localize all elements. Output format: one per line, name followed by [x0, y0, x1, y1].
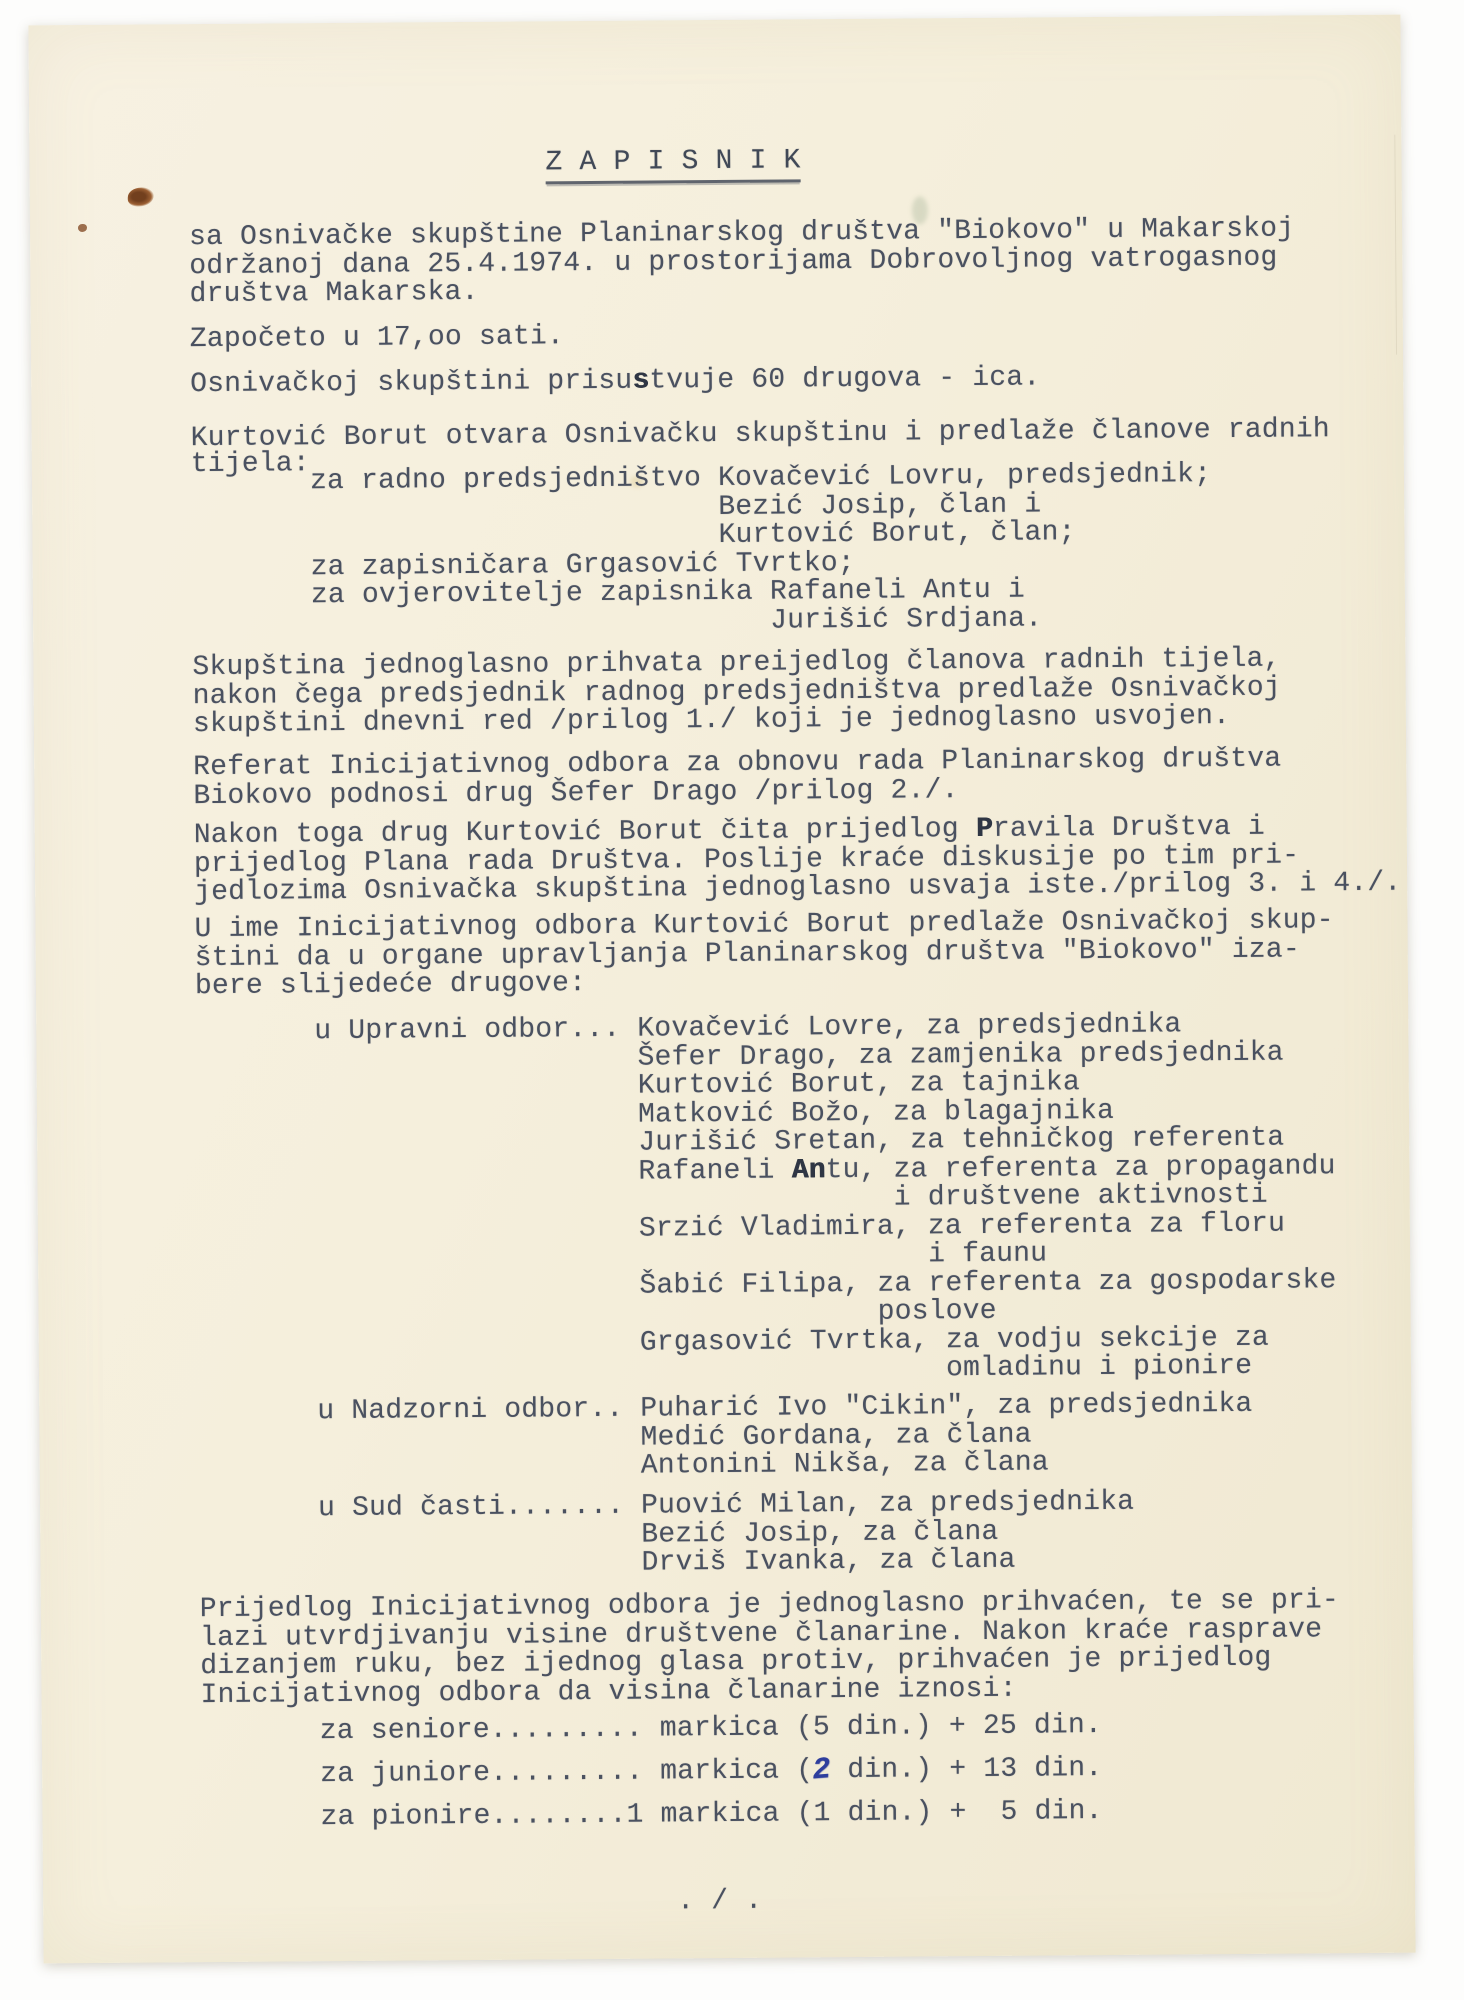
paragraph-referat: Referat Inicijativnog odbora za obnovu r… [193, 746, 1282, 812]
line-attendance: Osnivačkoj skupštini prisustvuje 60 drug… [190, 364, 1040, 399]
text-line: jedlozima Osnivačka skupština jednoglasn… [194, 870, 1401, 908]
text-line: Osnivačkoj skupštini prisustvuje 60 drug… [190, 364, 1040, 399]
text-segment: tvuje 60 drugova - ica. [649, 362, 1040, 396]
list-nadzorni-odbor: u Nadzorni odbor.. Puharić Ivo "Cikin", … [198, 1391, 1253, 1485]
list-upravni-odbor: u Upravni odbor... Kovačević Lovre, za p… [195, 1010, 1337, 1389]
line-fee-pionir: za pionire........1 markica (1 din.) + 5… [201, 1798, 1102, 1834]
paper-crease [1394, 135, 1397, 355]
stain-brown-large [128, 187, 154, 206]
text-line: Jurišić Srdjana. [192, 604, 1212, 641]
overstruck-char: An [791, 1155, 825, 1186]
list-sud-casti: u Sud časti....... Puović Milan, za pred… [199, 1489, 1135, 1582]
overstruck-char: P [976, 814, 993, 845]
text-line: za pionire........1 markica (1 din.) + 5… [201, 1798, 1102, 1834]
text-line: Inicijativnog odbora da visina članarine… [200, 1673, 1339, 1710]
text-segment: din.) + 13 din. [830, 1753, 1102, 1786]
document-title-text: Z A P I S N I K [545, 145, 800, 184]
text-segment: Osnivačkoj skupštini prisu [190, 366, 632, 400]
paragraph-membership-fee: Prijedlog Inicijativnog odbora je jednog… [200, 1587, 1340, 1710]
text-line: bere slijedeće drugove: [195, 964, 1334, 1001]
text-line: Drviš Ivanka, za člana [199, 1546, 1134, 1582]
paragraph-agenda-adopted: Skupština jednoglasno prihvata preijedlo… [192, 646, 1281, 740]
text-line: društva Makarska. [189, 272, 1294, 309]
paragraph-rules-adopted: Nakon toga drug Kurtović Borut čita prij… [194, 813, 1402, 908]
text-line: Biokovo podnosi drug Šefer Drago /prilog… [193, 774, 1281, 811]
line-fee-junior: za juniore......... markica (2 din.) + 1… [201, 1755, 1102, 1791]
overstruck-char: s [632, 366, 649, 397]
document-title: Z A P I S N I K [545, 145, 800, 184]
paragraph-election-intro: U ime Inicijativnog odbora Kurtović Boru… [194, 907, 1334, 1001]
text-segment: ravila Društva i [993, 812, 1265, 845]
text-line: za juniore......... markica (2 din.) + 1… [201, 1755, 1102, 1791]
line-fee-senior: za seniore......... markica (5 din.) + 2… [201, 1712, 1102, 1748]
line-started-time: Započeto u 17,oo sati. [190, 323, 564, 354]
paragraph-intro: sa Osnivačke skupštine Planinarskog druš… [189, 215, 1295, 309]
text-line: Kurtović Borut otvara Osnivačku skupštin… [191, 417, 1330, 451]
text-line: Započeto u 17,oo sati. [190, 323, 564, 354]
text-segment: za juniore......... markica ( [201, 1755, 813, 1791]
text-line: za seniore......... markica (5 din.) + 2… [201, 1712, 1102, 1748]
list-working-bodies: za radno predsjedništvo Kovačević Lovru,… [191, 461, 1212, 640]
handwritten-ink-correction: 2 [811, 1755, 832, 1787]
text-line: Antonini Nikša, za člana [199, 1448, 1253, 1485]
document-paper: Z A P I S N I K sa Osnivačke skupštine P… [28, 15, 1415, 1964]
stain-brown-small [78, 224, 87, 232]
text-line: omladinu i pionire [198, 1352, 1337, 1389]
text-line: skupštini dnevni red /prilog 1./ koji je… [193, 703, 1281, 740]
page-continuation-mark: . / . [677, 1888, 762, 1917]
scan-background: Z A P I S N I K sa Osnivačke skupštine P… [0, 0, 1464, 2000]
